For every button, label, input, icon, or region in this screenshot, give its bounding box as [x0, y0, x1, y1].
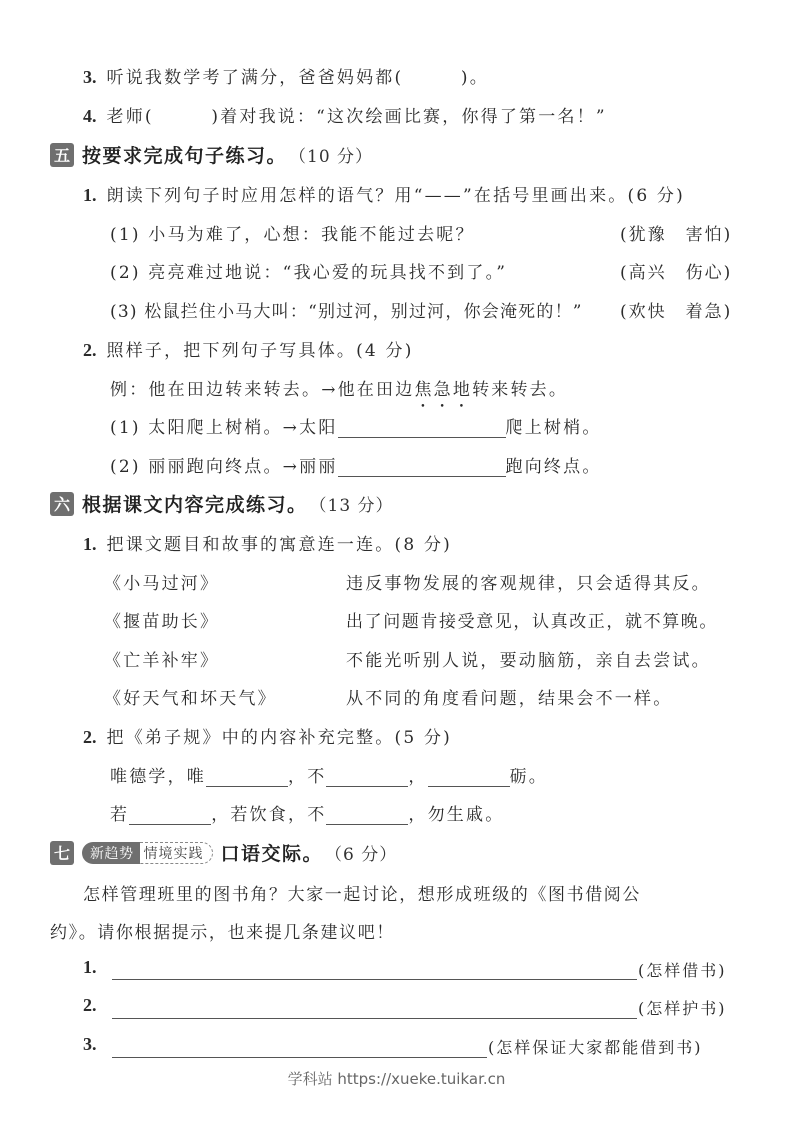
question-text: 把《弟子规》中的内容补充完整。(5 分): [107, 728, 452, 748]
match-moral-2[interactable]: 出了问题肯接受意见，认真改正，就不算晚。: [346, 607, 718, 632]
dizigui-line-1: 唯德学，唯，不，砺。: [110, 762, 548, 787]
s5-q1-sentence-3: (3) 松鼠拦住小马大叫：“别过河，别过河，你会淹死的！”: [110, 297, 583, 322]
s5-q2-item-2: (2) 丽丽跑向终点。→丽丽跑向终点。: [110, 452, 602, 477]
answer-number: 2.: [83, 995, 97, 1015]
verse-text: 砺。: [510, 767, 548, 787]
question-item-3: 3.听说我数学考了满分，爸爸妈妈都( )。: [83, 63, 489, 88]
s6-question-1: 1.把课文题目和故事的寓意连一连。(8 分): [83, 530, 452, 555]
prompt-text: 爬上树梢。: [506, 418, 602, 438]
s5-q1-options-1: (犹豫 害怕): [620, 220, 732, 245]
answer-hint-1: (怎样借书): [638, 958, 727, 981]
section-number-badge: 六: [50, 492, 74, 516]
question-number: 2.: [83, 340, 97, 360]
s5-q2-example: 例：他在田边转来转去。→他在田边焦急地转来转去。: [110, 375, 568, 400]
s5-question-2: 2.照样子，把下列句子写具体。(4 分): [83, 336, 414, 361]
item-number: 4.: [83, 106, 97, 126]
answer-line-2[interactable]: [112, 1018, 637, 1019]
answer-line-1[interactable]: [112, 979, 637, 980]
section-6-header: 六 根据课文内容完成练习。 （13 分）: [50, 490, 394, 517]
s5-question-1: 1.朗读下列句子时应用怎样的语气？用“——”在括号里画出来。(6 分): [83, 181, 685, 206]
s7-answer-1: 1.: [83, 957, 107, 978]
section-7-header: 七 新趋势情境实践 口语交际。 （6 分）: [50, 839, 397, 866]
prompt-text: (1) 太阳爬上树梢。→太阳: [110, 418, 338, 438]
new-trend-tag: 新趋势: [82, 842, 140, 864]
prompt-text: (2) 丽丽跑向终点。→丽丽: [110, 457, 338, 477]
question-number: 2.: [83, 727, 97, 747]
question-text: 朗读下列句子时应用怎样的语气？用“——”在括号里画出来。(6 分): [107, 186, 685, 206]
section-score: （10 分）: [289, 142, 373, 167]
s7-answer-2: 2.: [83, 995, 107, 1016]
answer-line-3[interactable]: [112, 1057, 487, 1058]
question-item-4: 4.老师( )着对我说：“这次绘画比赛，你得了第一名！”: [83, 102, 607, 127]
s7-intro-line-2: 约》。请你根据提示，也来提几条建议吧！: [50, 918, 395, 943]
match-moral-1[interactable]: 违反事物发展的客观规律，只会适得其反。: [346, 569, 711, 594]
section-score: （6 分）: [325, 840, 397, 865]
section-score: （13 分）: [310, 491, 394, 516]
answer-blank[interactable]: [129, 806, 211, 825]
answer-blank[interactable]: [326, 768, 408, 787]
answer-number: 1.: [83, 957, 97, 977]
s5-q1-options-2: (高兴 伤心): [620, 258, 732, 283]
s5-q1-options-3: (欢快 着急): [620, 297, 732, 322]
s5-q1-sentence-1: (1) 小马为难了，心想：我能不能过去呢？: [110, 220, 475, 245]
item-number: 3.: [83, 67, 97, 87]
verse-text: 若: [110, 805, 129, 825]
match-title-1[interactable]: 《小马过河》: [104, 569, 219, 594]
s5-q1-sentence-2: (2) 亮亮难过地说：“我心爱的玩具找不到了。”: [110, 258, 507, 283]
section-title: 口语交际。: [221, 839, 324, 866]
example-suffix: 转来转去。: [472, 380, 568, 400]
context-practice-tag: 情境实践: [140, 842, 213, 864]
example-prefix: 例：他在田边转来转去。→他在田边: [110, 380, 414, 400]
section-title: 按要求完成句子练习。: [82, 141, 287, 168]
verse-text: ，勿生戚。: [408, 805, 504, 825]
match-title-4[interactable]: 《好天气和坏天气》: [104, 684, 277, 709]
answer-blank[interactable]: [338, 419, 506, 438]
verse-text: ，不: [288, 767, 326, 787]
section-title: 根据课文内容完成练习。: [82, 490, 308, 517]
dizigui-line-2: 若，若饮食，不，勿生戚。: [110, 800, 504, 825]
item-text: 听说我数学考了满分，爸爸妈妈都( )。: [107, 68, 489, 88]
question-number: 1.: [83, 185, 97, 205]
answer-hint-2: (怎样护书): [638, 996, 727, 1019]
s7-answer-3: 3.: [83, 1034, 107, 1055]
match-title-3[interactable]: 《亡羊补牢》: [104, 646, 219, 671]
verse-text: ，若饮食，不: [211, 805, 326, 825]
emphasis-char: 地: [453, 375, 472, 400]
verse-text: ，: [408, 767, 427, 787]
answer-blank[interactable]: [428, 768, 510, 787]
emphasis-char: 焦: [414, 375, 433, 400]
emphasis-char: 急: [434, 375, 453, 400]
match-moral-4[interactable]: 从不同的角度看问题，结果会不一样。: [346, 684, 672, 709]
answer-blank[interactable]: [206, 768, 288, 787]
answer-blank[interactable]: [338, 458, 506, 477]
match-title-2[interactable]: 《揠苗助长》: [104, 607, 219, 632]
question-text: 把课文题目和故事的寓意连一连。(8 分): [107, 535, 452, 555]
item-text: 老师( )着对我说：“这次绘画比赛，你得了第一名！”: [107, 107, 607, 127]
footer-watermark: 学科站 https://xueke.tuikar.cn: [0, 1068, 793, 1089]
section-number-badge: 七: [50, 841, 74, 865]
answer-hint-3: (怎样保证大家都能借到书): [488, 1035, 703, 1058]
question-text: 照样子，把下列句子写具体。(4 分): [107, 341, 414, 361]
prompt-text: 跑向终点。: [506, 457, 602, 477]
s5-q2-item-1: (1) 太阳爬上树梢。→太阳爬上树梢。: [110, 413, 602, 438]
section-number-badge: 五: [50, 143, 74, 167]
question-number: 1.: [83, 534, 97, 554]
answer-blank[interactable]: [326, 806, 408, 825]
verse-text: 唯德学，唯: [110, 767, 206, 787]
match-moral-3[interactable]: 不能光听别人说，要动脑筋，亲自去尝试。: [346, 646, 711, 671]
section-5-header: 五 按要求完成句子练习。 （10 分）: [50, 141, 373, 168]
s7-intro-line-1: 怎样管理班里的图书角？大家一起讨论，想形成班级的《图书借阅公: [83, 880, 641, 905]
answer-number: 3.: [83, 1034, 97, 1054]
s6-question-2: 2.把《弟子规》中的内容补充完整。(5 分): [83, 723, 452, 748]
